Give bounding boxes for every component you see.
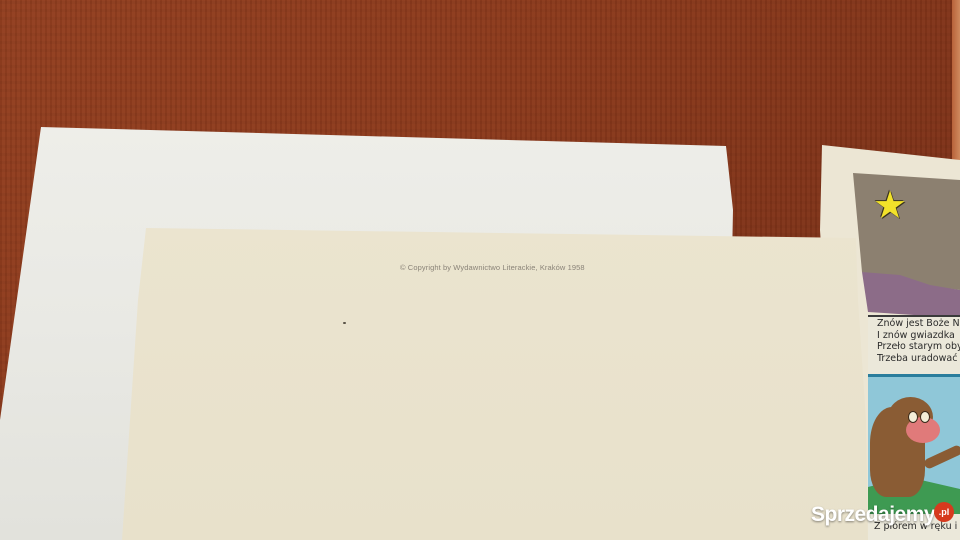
copyright-notice: © Copyright by Wydawnictwo Literackie, K… (400, 263, 585, 272)
comic-verse: Znów jest Boże N I znów gwiazdka Przeło … (877, 318, 960, 364)
photo-scene: ★ Znów jest Boże N I znów gwiazdka Przeł… (0, 0, 960, 540)
watermark-badge: .pl (934, 502, 954, 522)
verse-line: Trzeba uradować (877, 353, 960, 365)
verse-line: Znów jest Boże N (877, 318, 960, 330)
verse-line: Przeło starym oby (877, 341, 960, 353)
monkey-arm (923, 444, 960, 470)
paper-speck (343, 322, 346, 324)
watermark-logo: Sprzedajemy (811, 503, 935, 527)
comic-monkey-panel (868, 374, 960, 517)
star-icon: ★ (872, 189, 908, 223)
verse-line: I znów gwiazdka (877, 330, 960, 342)
monkey-eye (908, 411, 918, 423)
monkey-eye (920, 411, 930, 423)
